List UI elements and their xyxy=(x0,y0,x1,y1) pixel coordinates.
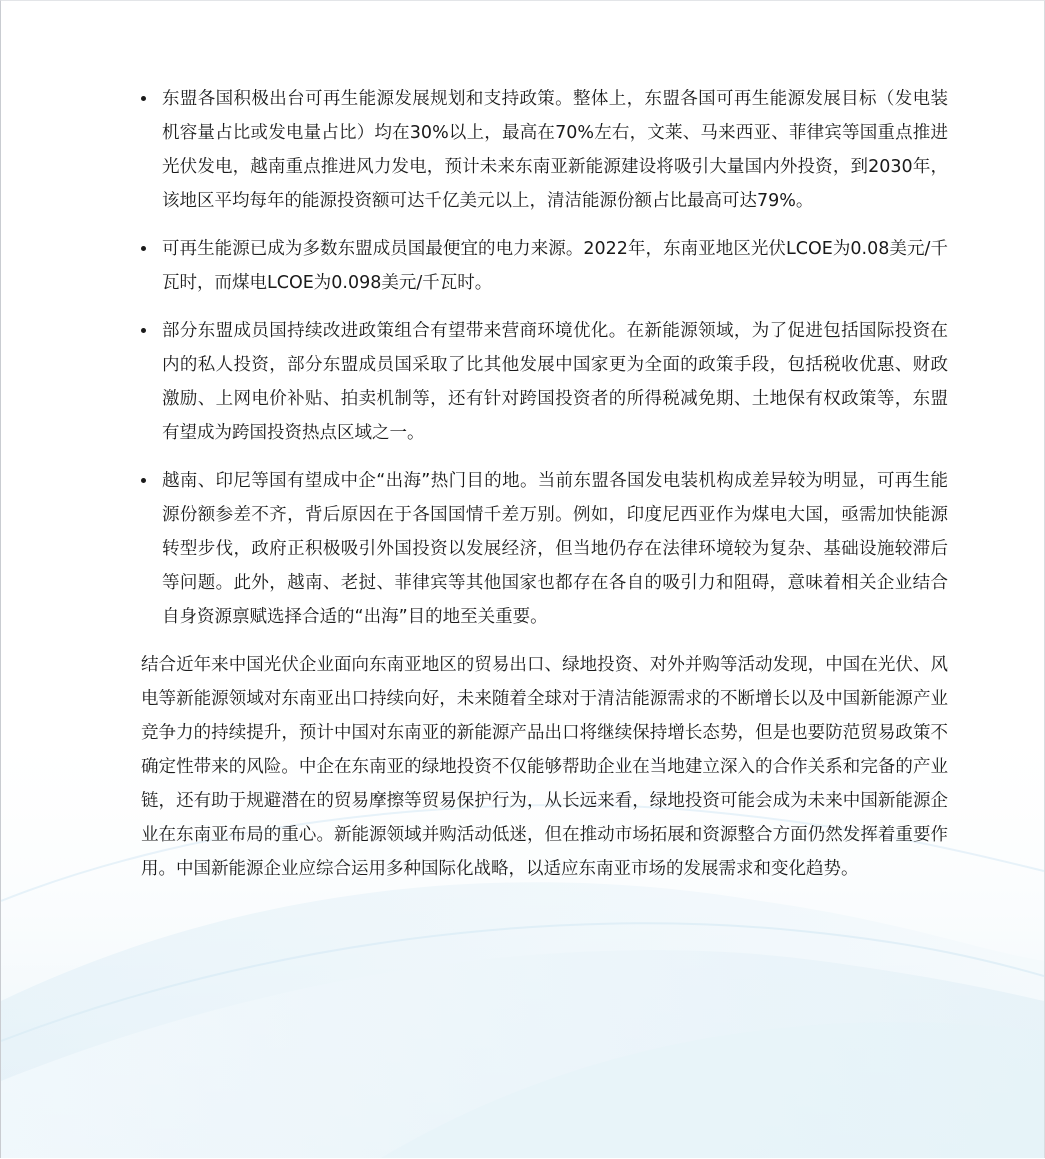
bullet-dot-icon xyxy=(141,96,146,101)
bullet-dot-icon xyxy=(141,478,146,483)
bullet-text: 部分东盟成员国持续改进政策组合有望带来营商环境优化。在新能源领域，为了促进包括国… xyxy=(162,321,948,443)
bullet-dot-icon xyxy=(141,328,146,333)
key-points-list: 东盟各国积极出台可再生能源发展规划和支持政策。整体上，东盟各国可再生能源发展目标… xyxy=(141,82,948,634)
conclusion-paragraph: 结合近年来中国光伏企业面向东南亚地区的贸易出口、绿地投资、对外并购等活动发现，中… xyxy=(141,648,948,886)
document-page: 东盟各国积极出台可再生能源发展规划和支持政策。整体上，东盟各国可再生能源发展目标… xyxy=(0,0,1045,1158)
bullet-item-destinations: 越南、印尼等国有望成中企“出海”热门目的地。当前东盟各国发电装机构成差异较为明显… xyxy=(141,464,948,634)
bullet-text: 可再生能源已成为多数东盟成员国最便宜的电力来源。2022年，东南亚地区光伏LCO… xyxy=(162,239,948,293)
bullet-dot-icon xyxy=(141,246,146,251)
bullet-text: 越南、印尼等国有望成中企“出海”热门目的地。当前东盟各国发电装机构成差异较为明显… xyxy=(162,471,948,627)
document-content: 东盟各国积极出台可再生能源发展规划和支持政策。整体上，东盟各国可再生能源发展目标… xyxy=(1,1,1044,886)
bullet-text: 东盟各国积极出台可再生能源发展规划和支持政策。整体上，东盟各国可再生能源发展目标… xyxy=(162,89,948,211)
bullet-item-business-environment: 部分东盟成员国持续改进政策组合有望带来营商环境优化。在新能源领域，为了促进包括国… xyxy=(141,314,948,450)
bullet-item-asean-policy: 东盟各国积极出台可再生能源发展规划和支持政策。整体上，东盟各国可再生能源发展目标… xyxy=(141,82,948,218)
bullet-item-cheapest-power: 可再生能源已成为多数东盟成员国最便宜的电力来源。2022年，东南亚地区光伏LCO… xyxy=(141,232,948,300)
